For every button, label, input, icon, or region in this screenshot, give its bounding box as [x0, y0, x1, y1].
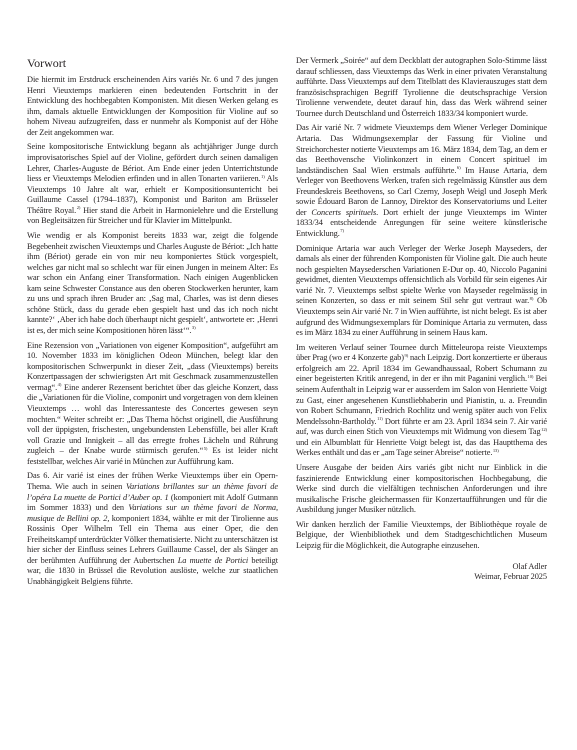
paragraph: Das 6. Air varié ist eines der frühen We…	[27, 471, 278, 587]
right-paragraphs: Der Vermerk „Soirée“ auf dem Deckblatt d…	[296, 56, 547, 552]
italic-title: Variations brillantes sur un thème favor…	[27, 482, 278, 502]
paragraph: Im weiteren Verlauf seiner Tournee durch…	[296, 343, 547, 459]
italic-title: Variations sur un thème favori de Norma,…	[27, 503, 278, 523]
left-column: Vorwort Die hiermit im Erstdruck erschei…	[27, 56, 278, 592]
footnote-marker: 5)	[204, 446, 208, 451]
paragraph: Die hiermit im Erstdruck erscheinenden A…	[27, 75, 278, 138]
paragraph: Unsere Ausgabe der beiden Airs variés gi…	[296, 463, 547, 516]
footnote-marker: 8)	[530, 296, 534, 301]
paragraph: Seine kompositorische Entwicklung begann…	[27, 142, 278, 226]
footnote-marker: 13)	[493, 448, 499, 453]
left-paragraphs: Die hiermit im Erstdruck erscheinenden A…	[27, 75, 278, 587]
footnote-marker: 1)	[261, 174, 265, 179]
signature-place-date: Weimar, Februar 2025	[296, 572, 547, 583]
signature-author: Olaf Adler	[296, 562, 547, 573]
page-title: Vorwort	[27, 56, 278, 70]
paragraph: Eine Rezension von „Variationen von eige…	[27, 341, 278, 468]
footnote-marker: 12)	[541, 427, 547, 432]
document-page: Vorwort Die hiermit im Erstdruck erschei…	[0, 0, 577, 750]
italic-title: La muette de Portici	[178, 556, 248, 565]
paragraph: Das Air varié Nr. 7 widmete Vieuxtemps d…	[296, 123, 547, 239]
footnote-marker: 10)	[528, 374, 534, 379]
footnote-marker: 11)	[377, 416, 383, 421]
italic-title: Concerts spirituels	[311, 208, 376, 217]
paragraph: Dominique Artaria war auch Verleger der …	[296, 244, 547, 339]
footnote-marker: 4)	[58, 382, 62, 387]
footnote-marker: 7)	[340, 228, 344, 233]
footnote-marker: 2)	[77, 205, 81, 210]
paragraph: Wie wendig er als Komponist bereits 1833…	[27, 231, 278, 336]
footnote-marker: 9)	[404, 353, 408, 358]
signature-block: Olaf Adler Weimar, Februar 2025	[296, 562, 547, 583]
right-column: Der Vermerk „Soirée“ auf dem Deckblatt d…	[296, 56, 547, 583]
footnote-marker: 6)	[457, 165, 461, 170]
paragraph: Wir danken herzlich der Familie Vieuxtem…	[296, 520, 547, 552]
footnote-marker: 3)	[192, 325, 196, 330]
paragraph: Der Vermerk „Soirée“ auf dem Deckblatt d…	[296, 56, 547, 119]
